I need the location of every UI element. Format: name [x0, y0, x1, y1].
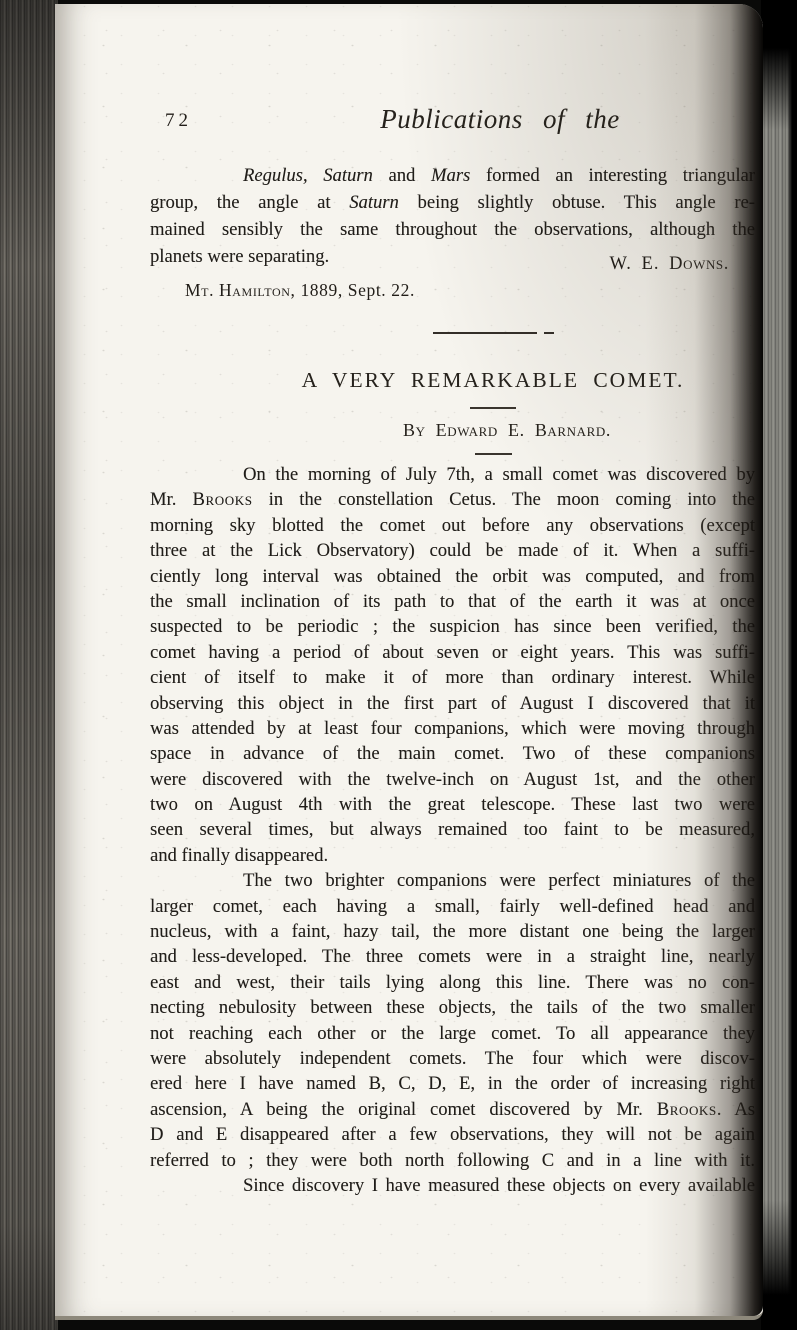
scanned-book-page: { "colors":{"page_background":"#f6f4ee",…: [0, 0, 797, 1330]
text-line: the small inclination of its path to tha…: [150, 589, 755, 614]
text-line: ered here I have named B, C, D, E, in th…: [150, 1071, 755, 1096]
text-line: D and E disappeared after a few observat…: [150, 1122, 755, 1147]
paragraph: Since discovery I have measured these ob…: [150, 1173, 755, 1198]
text-line: cient of itself to make it of more than …: [150, 665, 755, 690]
text-line: nucleus, with a faint, hazy tail, the mo…: [150, 919, 755, 944]
text-line: comet having a period of about seven or …: [150, 640, 755, 665]
page-number: 72: [165, 110, 192, 132]
book-left-page-edges: [0, 0, 58, 1330]
article-body: On the morning of July 7th, a small come…: [150, 462, 755, 1198]
text-line: ciently long interval was obtained the o…: [150, 564, 755, 589]
text-line: and finally disappeared.: [150, 843, 755, 868]
text-line: Since discovery I have measured these ob…: [150, 1173, 755, 1198]
text-line: Regulus, Saturn and Mars formed an inter…: [150, 162, 755, 189]
text-line: suspected to be periodic ; the suspicion…: [150, 614, 755, 639]
text-line: and less-developed. The three comets wer…: [150, 944, 755, 969]
text-line: mained sensibly the same throughout the …: [150, 216, 755, 243]
text-line: not reaching each other or the large com…: [150, 1021, 755, 1046]
text-line: east and west, their tails lying along t…: [150, 970, 755, 995]
text-line: were absolutely independent comets. The …: [150, 1046, 755, 1071]
text-line: Mr. Brooks in the constellation Cetus. T…: [150, 487, 755, 512]
dateline: Mt. Hamilton, 1889, Sept. 22.: [150, 280, 755, 301]
text-line: space in advance of the main comet. Two …: [150, 741, 755, 766]
text-line: necting nebulosity between these objects…: [150, 995, 755, 1020]
text-line: group, the angle at Saturn being slightl…: [150, 189, 755, 216]
text-line: was attended by at least four companions…: [150, 716, 755, 741]
section-divider: [191, 332, 795, 334]
running-head: Publications of the: [198, 104, 797, 135]
signature: W. E. Downs.: [150, 254, 755, 275]
text-line: morning sky blotted the comet out before…: [150, 513, 755, 538]
text-line: larger comet, each having a small, fairl…: [150, 894, 755, 919]
byline-divider: [191, 453, 795, 455]
text-line: three at the Lick Observatory) could be …: [150, 538, 755, 563]
divider-bar: [433, 332, 537, 334]
byline: By Edward E. Barnard.: [205, 420, 797, 441]
text-line: were discovered with the twelve-inch on …: [150, 767, 755, 792]
page: 72 Publications of the Regulus, Saturn a…: [55, 4, 763, 1320]
article-title: A VERY REMARKABLE COMET.: [191, 368, 795, 393]
text-line: two on August 4th with the great telesco…: [150, 792, 755, 817]
paragraph: On the morning of July 7th, a small come…: [150, 462, 755, 868]
text-line: referred to ; they were both north follo…: [150, 1148, 755, 1173]
text-line: ascension, A being the original comet di…: [150, 1097, 755, 1122]
divider-dash: [544, 332, 554, 334]
text-line: On the morning of July 7th, a small come…: [150, 462, 755, 487]
paragraph: The two brighter companions were perfect…: [150, 868, 755, 1173]
title-divider: [191, 407, 795, 409]
text-line: seen several times, but always remained …: [150, 817, 755, 842]
text-line: The two brighter companions were perfect…: [150, 868, 755, 893]
book-right-page-edges: [761, 0, 797, 1330]
text-line: observing this object in the first part …: [150, 691, 755, 716]
